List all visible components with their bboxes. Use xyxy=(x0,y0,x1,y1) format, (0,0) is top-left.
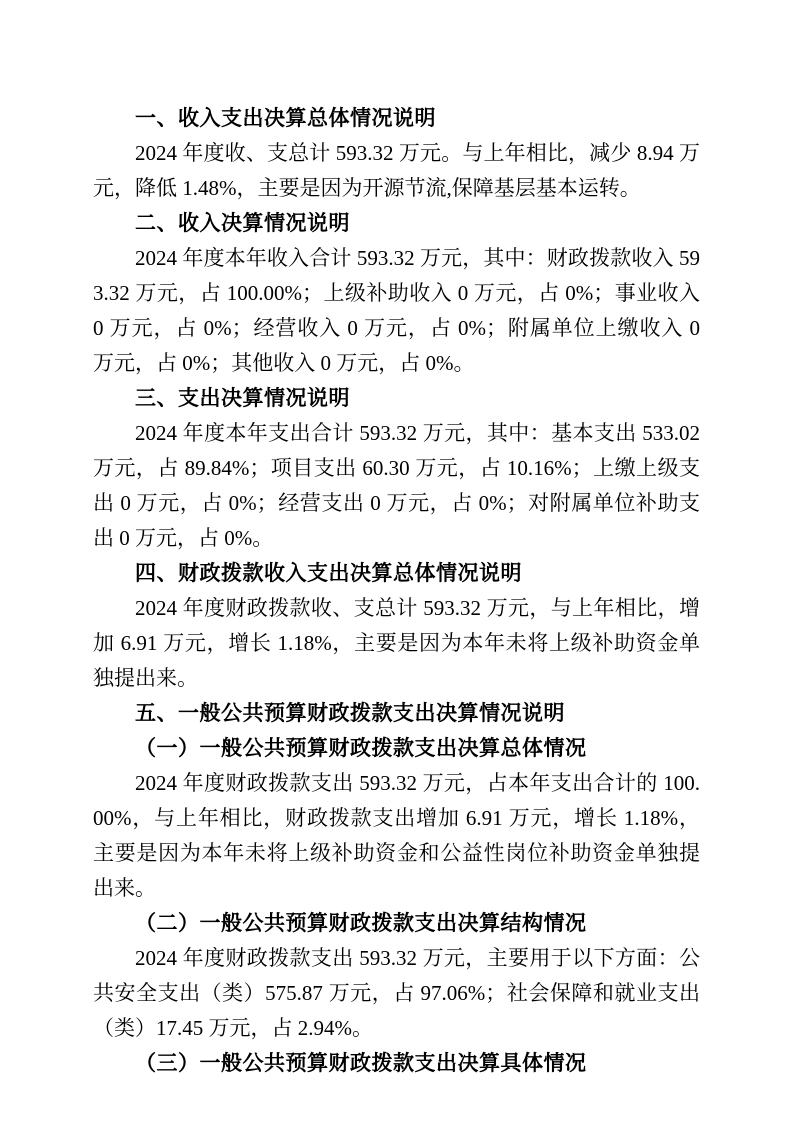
section-heading: 四、财政拨款收入支出决算总体情况说明 xyxy=(93,556,700,591)
document-page: 一、收入支出决算总体情况说明 2024 年度收、支总计 593.32 万元。与上… xyxy=(0,0,793,1122)
section-income-accounts: 二、收入决算情况说明 2024 年度本年收入合计 593.32 万元，其中：财政… xyxy=(93,206,700,381)
section-paragraph: 2024 年度收、支总计 593.32 万元。与上年相比，减少 8.94 万元，… xyxy=(93,136,700,206)
section-public-budget-expenditure: 五、一般公共预算财政拨款支出决算情况说明 xyxy=(93,696,700,731)
section-paragraph: 2024 年度财政拨款支出 593.32 万元，主要用于以下方面：公共安全支出（… xyxy=(93,941,700,1046)
subsection-heading: （一）一般公共预算财政拨款支出决算总体情况 xyxy=(93,731,700,766)
section-expenditure-accounts: 三、支出决算情况说明 2024 年度本年支出合计 593.32 万元，其中：基本… xyxy=(93,381,700,556)
subsection-heading: （三）一般公共预算财政拨款支出决算具体情况 xyxy=(93,1046,700,1081)
section-heading: 五、一般公共预算财政拨款支出决算情况说明 xyxy=(93,696,700,731)
section-heading: 一、收入支出决算总体情况说明 xyxy=(93,101,700,136)
section-heading: 二、收入决算情况说明 xyxy=(93,206,700,241)
document-body: 一、收入支出决算总体情况说明 2024 年度收、支总计 593.32 万元。与上… xyxy=(93,101,700,1081)
subsection-heading: （二）一般公共预算财政拨款支出决算结构情况 xyxy=(93,906,700,941)
section-heading: 三、支出决算情况说明 xyxy=(93,381,700,416)
section-paragraph: 2024 年度本年支出合计 593.32 万元，其中：基本支出 533.02 万… xyxy=(93,416,700,556)
subsection-public-budget-overall: （一）一般公共预算财政拨款支出决算总体情况 2024 年度财政拨款支出 593.… xyxy=(93,731,700,906)
subsection-public-budget-structure: （二）一般公共预算财政拨款支出决算结构情况 2024 年度财政拨款支出 593.… xyxy=(93,906,700,1046)
section-paragraph: 2024 年度本年收入合计 593.32 万元，其中：财政拨款收入 593.32… xyxy=(93,241,700,381)
section-paragraph: 2024 年度财政拨款收、支总计 593.32 万元，与上年相比，增加 6.91… xyxy=(93,591,700,696)
section-income-expenditure-overview: 一、收入支出决算总体情况说明 2024 年度收、支总计 593.32 万元。与上… xyxy=(93,101,700,206)
section-fiscal-appropriation-overview: 四、财政拨款收入支出决算总体情况说明 2024 年度财政拨款收、支总计 593.… xyxy=(93,556,700,696)
subsection-public-budget-details: （三）一般公共预算财政拨款支出决算具体情况 xyxy=(93,1046,700,1081)
section-paragraph: 2024 年度财政拨款支出 593.32 万元，占本年支出合计的 100.00%… xyxy=(93,766,700,906)
